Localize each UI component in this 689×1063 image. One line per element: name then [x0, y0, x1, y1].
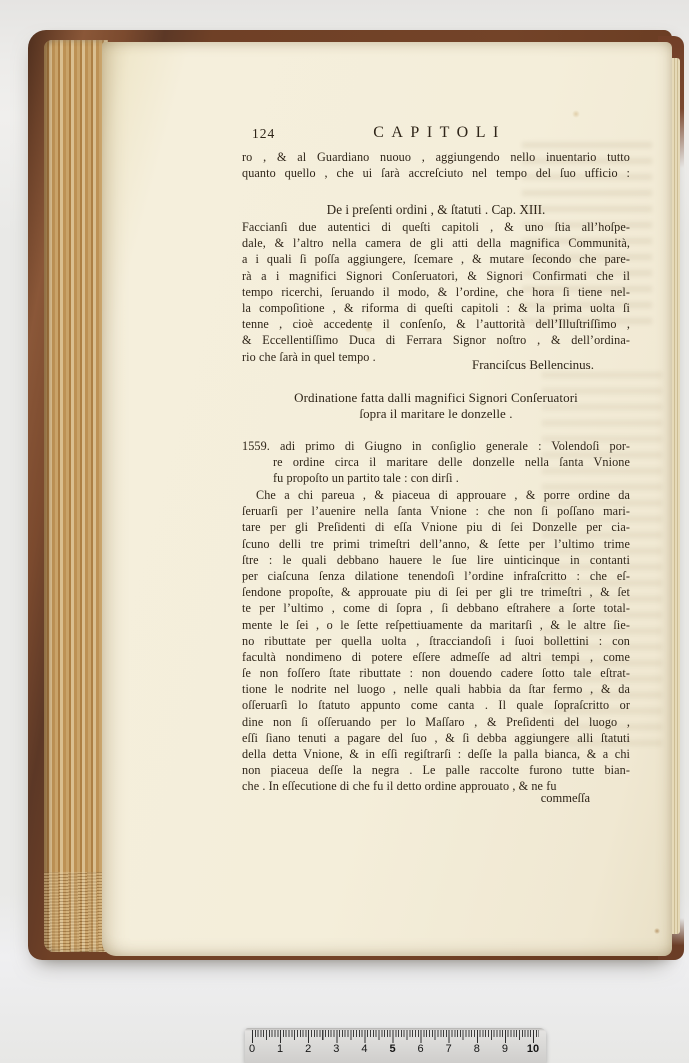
ruler-mark-7: 7 — [446, 1043, 452, 1055]
measurement-ruler: 0 1 2 3 4 5 6 7 8 9 10 — [245, 1028, 546, 1063]
text-line: Faccianſi due autentici di queſti capito… — [242, 219, 630, 235]
text-line: a i quali ſi poſſa aggiungere, ſcemare ,… — [242, 251, 630, 267]
text-line: eſſi ſiano tenuti a pagare del ſuo , & ſ… — [242, 730, 630, 746]
text-line: re ordine circa il maritare delle donzel… — [242, 454, 630, 470]
text-line: tenne , cioè accedente il conſenſo, & l’… — [242, 316, 630, 332]
book-photo: 124 CAPITOLI ro , & al Guardiano nuouo ,… — [0, 0, 689, 1063]
text-line: dale, & l’altro nella camera de gli atti… — [242, 235, 630, 251]
text-line: quanto quello , che ui ſarà accreſciuto … — [242, 165, 630, 181]
text-block: 124 CAPITOLI ro , & al Guardiano nuouo ,… — [242, 42, 630, 956]
text-line: facultà nondimeno di potere eſſere admeſ… — [242, 649, 630, 665]
text-line: ſe non foſſero ſtate ributtate : non dou… — [242, 665, 630, 681]
ruler-mark-10: 10 — [527, 1043, 539, 1055]
page-header: 124 CAPITOLI — [242, 124, 630, 142]
text-line: ſtre : le quali debbano hauere le ſue li… — [242, 552, 630, 568]
text-line: non piaceua deſſe la negra . Le palle ra… — [242, 762, 630, 778]
foxing-spot — [654, 928, 660, 934]
text-line: no ributtate per quella uolta , ſtraccia… — [242, 633, 630, 649]
text-line: tare per gli Preſidenti di eſſa Vnione p… — [242, 519, 630, 535]
text-line: tempo ricerchi, ſeruando il modo, & l’or… — [242, 284, 630, 300]
text-line: ſopra il maritare le donzelle . — [242, 406, 630, 422]
catchword: commeſſa — [242, 791, 630, 808]
ruler-mark-6: 6 — [418, 1043, 424, 1055]
continuation-paragraph: ro , & al Guardiano nuouo , aggiungendo … — [242, 149, 630, 181]
text-line: te per l’ultimo , come di ſopra , ſi deb… — [242, 600, 630, 616]
page-fore-edge-stack — [44, 40, 108, 952]
ruler-mark-0: 0 — [249, 1043, 255, 1055]
text-line: rà a i magnifici Signori Conſeruatori, &… — [242, 268, 630, 284]
text-line: ſendone propoſte, & approuate piu di ſei… — [242, 584, 630, 600]
text-line: per ciaſcuna ſenza dilatione tenendoſi l… — [242, 568, 630, 584]
ordinance-heading: Ordinatione fatta dalli magnifici Signor… — [242, 390, 630, 422]
chapter-heading: De i preſenti ordini , & ſtatuti . Cap. … — [242, 202, 630, 219]
ruler-mark-8: 8 — [474, 1043, 480, 1055]
text-line: Che a chi pareua , & piaceua di approuar… — [242, 487, 630, 503]
book-page: 124 CAPITOLI ro , & al Guardiano nuouo ,… — [102, 42, 672, 956]
text-line: & Eccellentiſſimo Duca di Ferrara Signor… — [242, 332, 630, 348]
text-line: ſcuno delli tre primi trimeſtri dell’ann… — [242, 536, 630, 552]
date-paragraph: 1559. adi primo di Giugno in conſiglio g… — [242, 438, 630, 487]
page-right-edge-stack — [672, 58, 680, 934]
author-signature: Franciſcus Bellencinus. — [242, 357, 630, 374]
ruler-mark-9: 9 — [502, 1043, 508, 1055]
ruler-ticks-major — [252, 1030, 539, 1043]
text-line: oſſeruarſi lo ſtatuto appunto come canta… — [242, 697, 630, 713]
text-line: la compoſitione , & riforma di queſti ca… — [242, 300, 630, 316]
text-line: dine non ſi oſſeruando per lo Maſſaro , … — [242, 714, 630, 730]
text-line: Ordinatione fatta dalli magnifici Signor… — [242, 390, 630, 406]
text-line: 1559. adi primo di Giugno in conſiglio g… — [242, 438, 630, 454]
text-line: mente le ſei , o le ſette reſpettiuament… — [242, 617, 630, 633]
text-line: fu propoſto un partito tale : con dirſi … — [242, 470, 630, 486]
ruler-mark-1: 1 — [277, 1043, 283, 1055]
ruler-mark-4: 4 — [361, 1043, 367, 1055]
main-paragraph: Che a chi pareua , & piaceua di approuar… — [242, 487, 630, 795]
text-line: ſeruarſi per l’auenire nella ſanta Vnion… — [242, 503, 630, 519]
running-title: CAPITOLI — [242, 124, 630, 142]
ruler-mark-2: 2 — [305, 1043, 311, 1055]
ruler-mark-5: 5 — [389, 1043, 395, 1055]
chapter-paragraph: Faccianſi due autentici di queſti capito… — [242, 219, 630, 365]
text-line: ro , & al Guardiano nuouo , aggiungendo … — [242, 149, 630, 165]
text-line: tione le nodrite nel luogo , nelle quali… — [242, 681, 630, 697]
ruler-mark-3: 3 — [333, 1043, 339, 1055]
text-line: della detta Vnione, & in eſſi regiſtrarſ… — [242, 746, 630, 762]
